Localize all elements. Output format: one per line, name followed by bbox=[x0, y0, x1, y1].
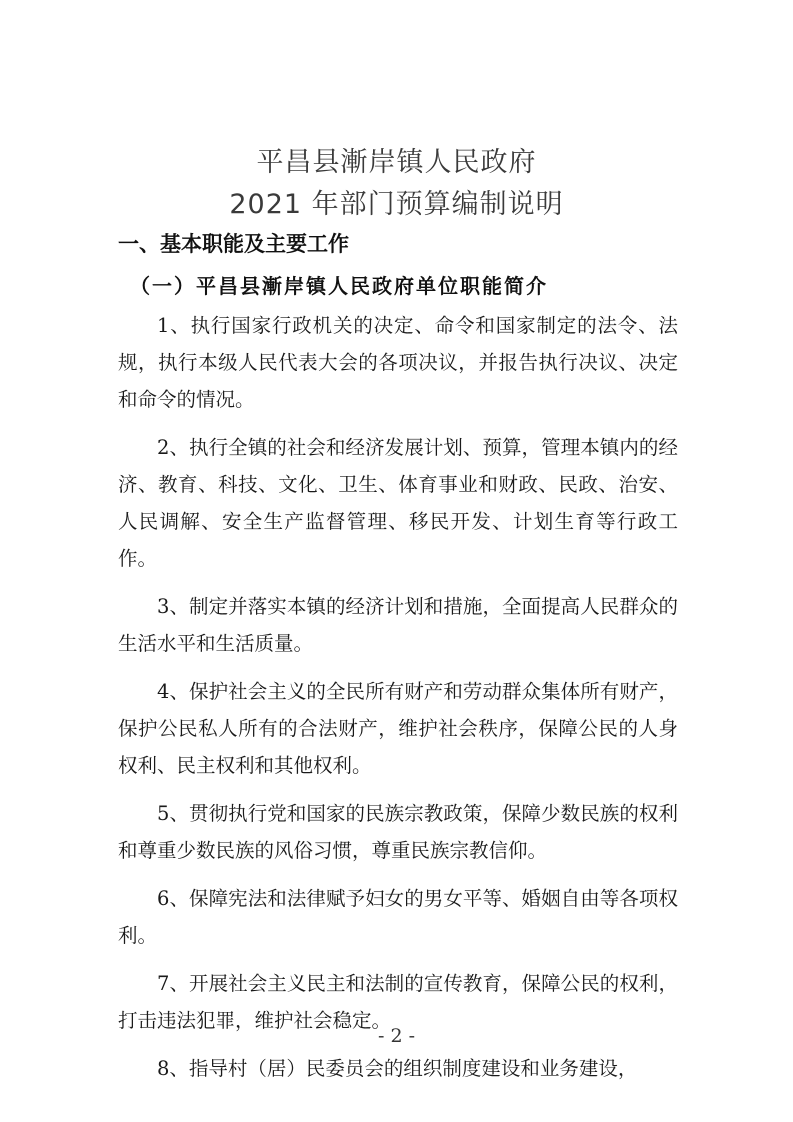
document-page: 平昌县漸岸镇人民政府 2021 年部门预算编制说明 一、基本职能及主要工作 （一… bbox=[0, 0, 793, 1122]
paragraph-2: 2、执行全镇的社会和经济发展计划、预算，管理本镇内的经济、教育、科技、文化、卫生… bbox=[118, 429, 678, 577]
subsection-heading: （一）平昌县漸岸镇人民政府单位职能简介 bbox=[130, 270, 548, 299]
document-title-line1: 平昌县漸岸镇人民政府 bbox=[0, 140, 793, 179]
document-body: 1、执行国家行政机关的决定、命令和国家制定的法令、法规，执行本级人民代表大会的各… bbox=[118, 307, 678, 1098]
paragraph-5: 5、贯彻执行党和国家的民族宗教政策，保障少数民族的权利和尊重少数民族的风俗习惯，… bbox=[118, 795, 678, 869]
page-number: - 2 - bbox=[0, 1025, 793, 1047]
paragraph-6: 6、保障宪法和法律赋予妇女的男女平等、婚姻自由等各项权利。 bbox=[118, 880, 678, 954]
paragraph-3: 3、制定并落实本镇的经济计划和措施，全面提高人民群众的生活水平和生活质量。 bbox=[118, 588, 678, 662]
paragraph-1: 1、执行国家行政机关的决定、命令和国家制定的法令、法规，执行本级人民代表大会的各… bbox=[118, 307, 678, 418]
paragraph-8: 8、指导村（居）民委员会的组织制度建设和业务建设， bbox=[118, 1050, 678, 1087]
section-heading: 一、基本职能及主要工作 bbox=[118, 228, 349, 258]
document-title-line2: 2021 年部门预算编制说明 bbox=[0, 182, 793, 221]
paragraph-4: 4、保护社会主义的全民所有财产和劳动群众集体所有财产，保护公民私人所有的合法财产… bbox=[118, 673, 678, 784]
